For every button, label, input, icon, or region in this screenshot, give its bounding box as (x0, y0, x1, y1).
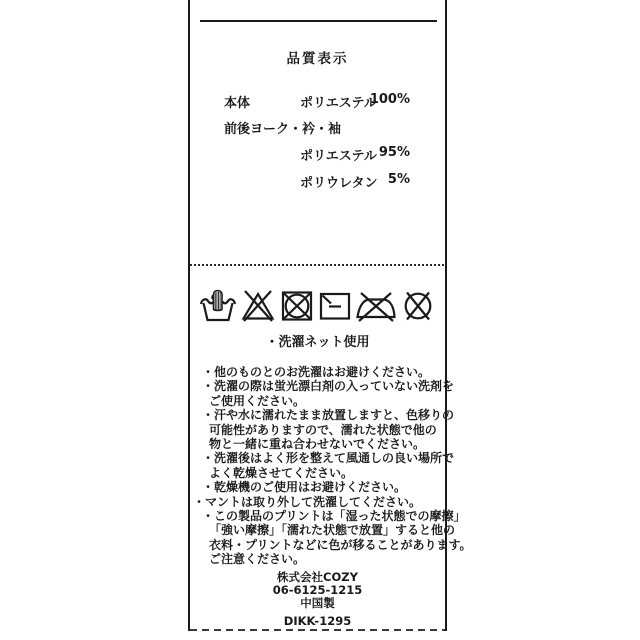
instruction-line: ・洗濯の際は蛍光漂白剤の入っていない洗剤を (190, 379, 445, 393)
instruction-line: ・マントは取り外して洗濯してください。 (190, 495, 445, 509)
care-label-canvas: 品質表示 本体 ポリエステル 100% 前後ヨーク・衿・袖 ポリエステル 95%… (0, 0, 640, 640)
instruction-line: 可能性がありますので、濡れた状態で他の (190, 423, 445, 437)
instruction-line: ご注意ください。 (190, 552, 445, 566)
instruction-line: よく乾燥させてください。 (190, 466, 445, 480)
instruction-line: 衣料・プリントなどに色が移ることがあります。 (190, 538, 445, 552)
bottom-cut-line (190, 629, 445, 631)
instruction-line: ・乾燥機のご使用はお避けください。 (190, 480, 445, 494)
maker-info: 株式会社COZY 06-6125-1215 中国製 DIKK-1295 (190, 571, 445, 628)
composition-percent: 95% (340, 145, 410, 160)
composition-row: ポリエステル 95% (190, 145, 445, 161)
instruction-line: ・この製品のプリントは「湿った状態での摩擦」 (190, 509, 445, 523)
composition-part: 前後ヨーク・衿・袖 (224, 118, 341, 137)
section-divider-dotted (190, 264, 445, 266)
do-not-tumble-dry-icon (279, 288, 315, 324)
label-strip: 品質表示 本体 ポリエステル 100% 前後ヨーク・衿・袖 ポリエステル 95%… (188, 0, 447, 631)
instruction-line: 「強い摩擦」「濡れた状態で放置」すると他の (190, 523, 445, 537)
instruction-line: ご使用ください。 (190, 394, 445, 408)
do-not-bleach-icon (239, 288, 277, 324)
composition-part: 本体 (224, 92, 250, 111)
care-instructions: ・他のものとのお洗濯はお避けください。 ・洗濯の際は蛍光漂白剤の入っていない洗剤… (190, 365, 445, 567)
hand-wash-icon (199, 288, 237, 324)
top-rule (200, 20, 437, 22)
composition-row: 本体 ポリエステル 100% (190, 92, 445, 108)
composition-percent: 100% (340, 92, 410, 107)
instruction-line: ・他のものとのお洗濯はお避けください。 (190, 365, 445, 379)
laundry-net-note: ・洗濯ネット使用 (190, 331, 445, 350)
dry-in-shade-icon (317, 288, 353, 324)
instruction-line: 物と一緒に重ね合わせないでください。 (190, 437, 445, 451)
care-symbols-row (190, 288, 445, 324)
composition-percent: 5% (340, 172, 410, 187)
composition-row: ポリウレタン 5% (190, 172, 445, 188)
composition-row: 前後ヨーク・衿・袖 (190, 118, 445, 134)
do-not-dry-clean-icon (399, 288, 437, 324)
instruction-line: ・洗濯後はよく形を整えて風通しの良い場所で (190, 451, 445, 465)
instruction-line: ・汗や水に濡れたまま放置しますと、色移りの (190, 408, 445, 422)
country-of-origin: 中国製 (190, 597, 445, 610)
do-not-iron-icon (355, 288, 397, 324)
item-code: DIKK-1295 (190, 615, 445, 628)
label-title: 品質表示 (190, 47, 445, 67)
